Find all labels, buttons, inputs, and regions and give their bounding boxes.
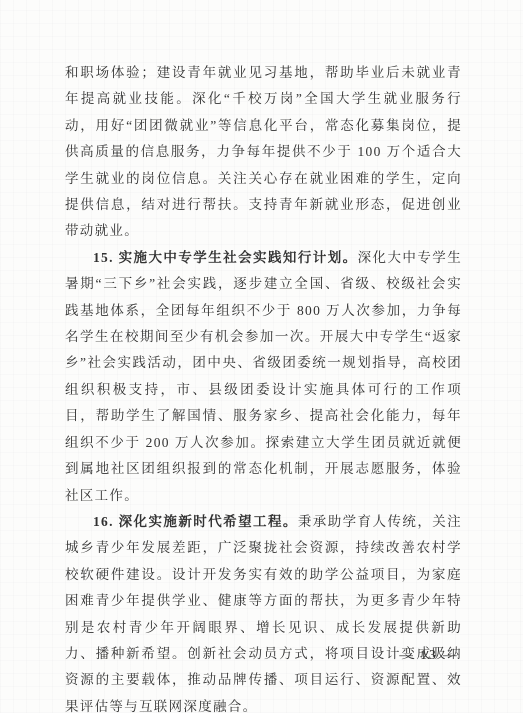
item-15-title: 15. 实施大中专学生社会实践知行计划。 xyxy=(93,250,358,265)
document-page: 和职场体验；建设青年就业见习基地，帮助毕业后未就业青年提高就业技能。深化“千校万… xyxy=(0,0,523,713)
page-number: — 13 — xyxy=(385,647,473,663)
paragraph-text: 秉承助学育人传统，关注城乡青少年发展差距，广泛聚拢社会资源，持续改善农村学校软硬… xyxy=(65,514,462,713)
item-16-title: 16. 深化实施新时代希望工程。 xyxy=(93,514,298,529)
paragraph-continuation: 和职场体验；建设青年就业见习基地，帮助毕业后未就业青年提高就业技能。深化“千校万… xyxy=(65,60,462,245)
paragraph-text: 和职场体验；建设青年就业见习基地，帮助毕业后未就业青年提高就业技能。深化“千校万… xyxy=(65,65,462,238)
paragraph-item-15: 15. 实施大中专学生社会实践知行计划。深化大中专学生暑期“三下乡”社会实践，逐… xyxy=(65,245,462,509)
paragraph-text: 深化大中专学生暑期“三下乡”社会实践，逐步建立全国、省级、校级社会实践基地体系，… xyxy=(65,250,462,503)
document-body: 和职场体验；建设青年就业见习基地，帮助毕业后未就业青年提高就业技能。深化“千校万… xyxy=(65,60,462,713)
paragraph-item-16: 16. 深化实施新时代希望工程。秉承助学育人传统，关注城乡青少年发展差距，广泛聚… xyxy=(65,509,462,713)
